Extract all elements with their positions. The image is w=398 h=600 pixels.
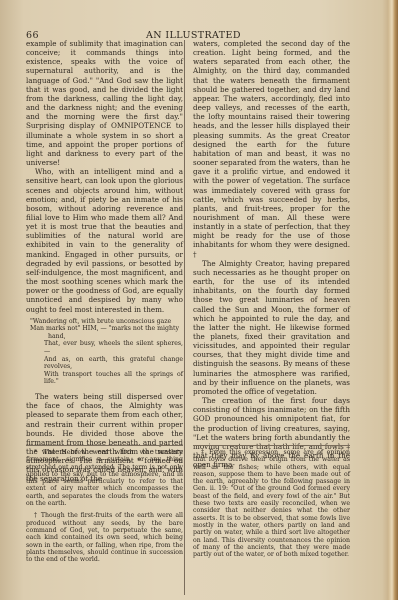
- verse-quote: "Wandering oft, with brute unconscious g…: [30, 318, 183, 386]
- footnote: * The Hebrew word which we translate fir…: [26, 449, 183, 507]
- verse-line: Man marks not" HIM, — "marks not the mig…: [30, 325, 183, 333]
- footnote: ‡ From this expression, some are of opin…: [193, 449, 350, 558]
- column-divider: [184, 40, 185, 595]
- paragraph: Who, with an intelligent mind and a sens…: [26, 167, 183, 314]
- verse-line: "Wandering oft, with brute unconscious g…: [30, 318, 183, 326]
- paragraph: The Almighty Creator, having prepared su…: [193, 259, 350, 396]
- footnote: † Though the first-fruits of the earth w…: [26, 512, 183, 563]
- verse-line: And as, on earth, this grateful change r…: [30, 356, 183, 371]
- right-text-column: waters, completed the second day of the …: [193, 39, 350, 469]
- verse-line: hand,: [30, 333, 183, 341]
- left-text-column: example of sublimity that imagination ca…: [26, 39, 183, 484]
- book-page-edge: [388, 0, 398, 600]
- paragraph: waters, completed the second day of the …: [193, 39, 350, 259]
- footnotes-left: * The Hebrew word which we translate fir…: [26, 445, 183, 568]
- verse-line: With transport touches all the springs o…: [30, 371, 183, 386]
- verse-line: That, ever busy, wheels the silent spher…: [30, 340, 183, 355]
- paragraph: example of sublimity that imagination ca…: [26, 39, 183, 167]
- footnotes-right: ‡ From this expression, some are of opin…: [193, 445, 350, 563]
